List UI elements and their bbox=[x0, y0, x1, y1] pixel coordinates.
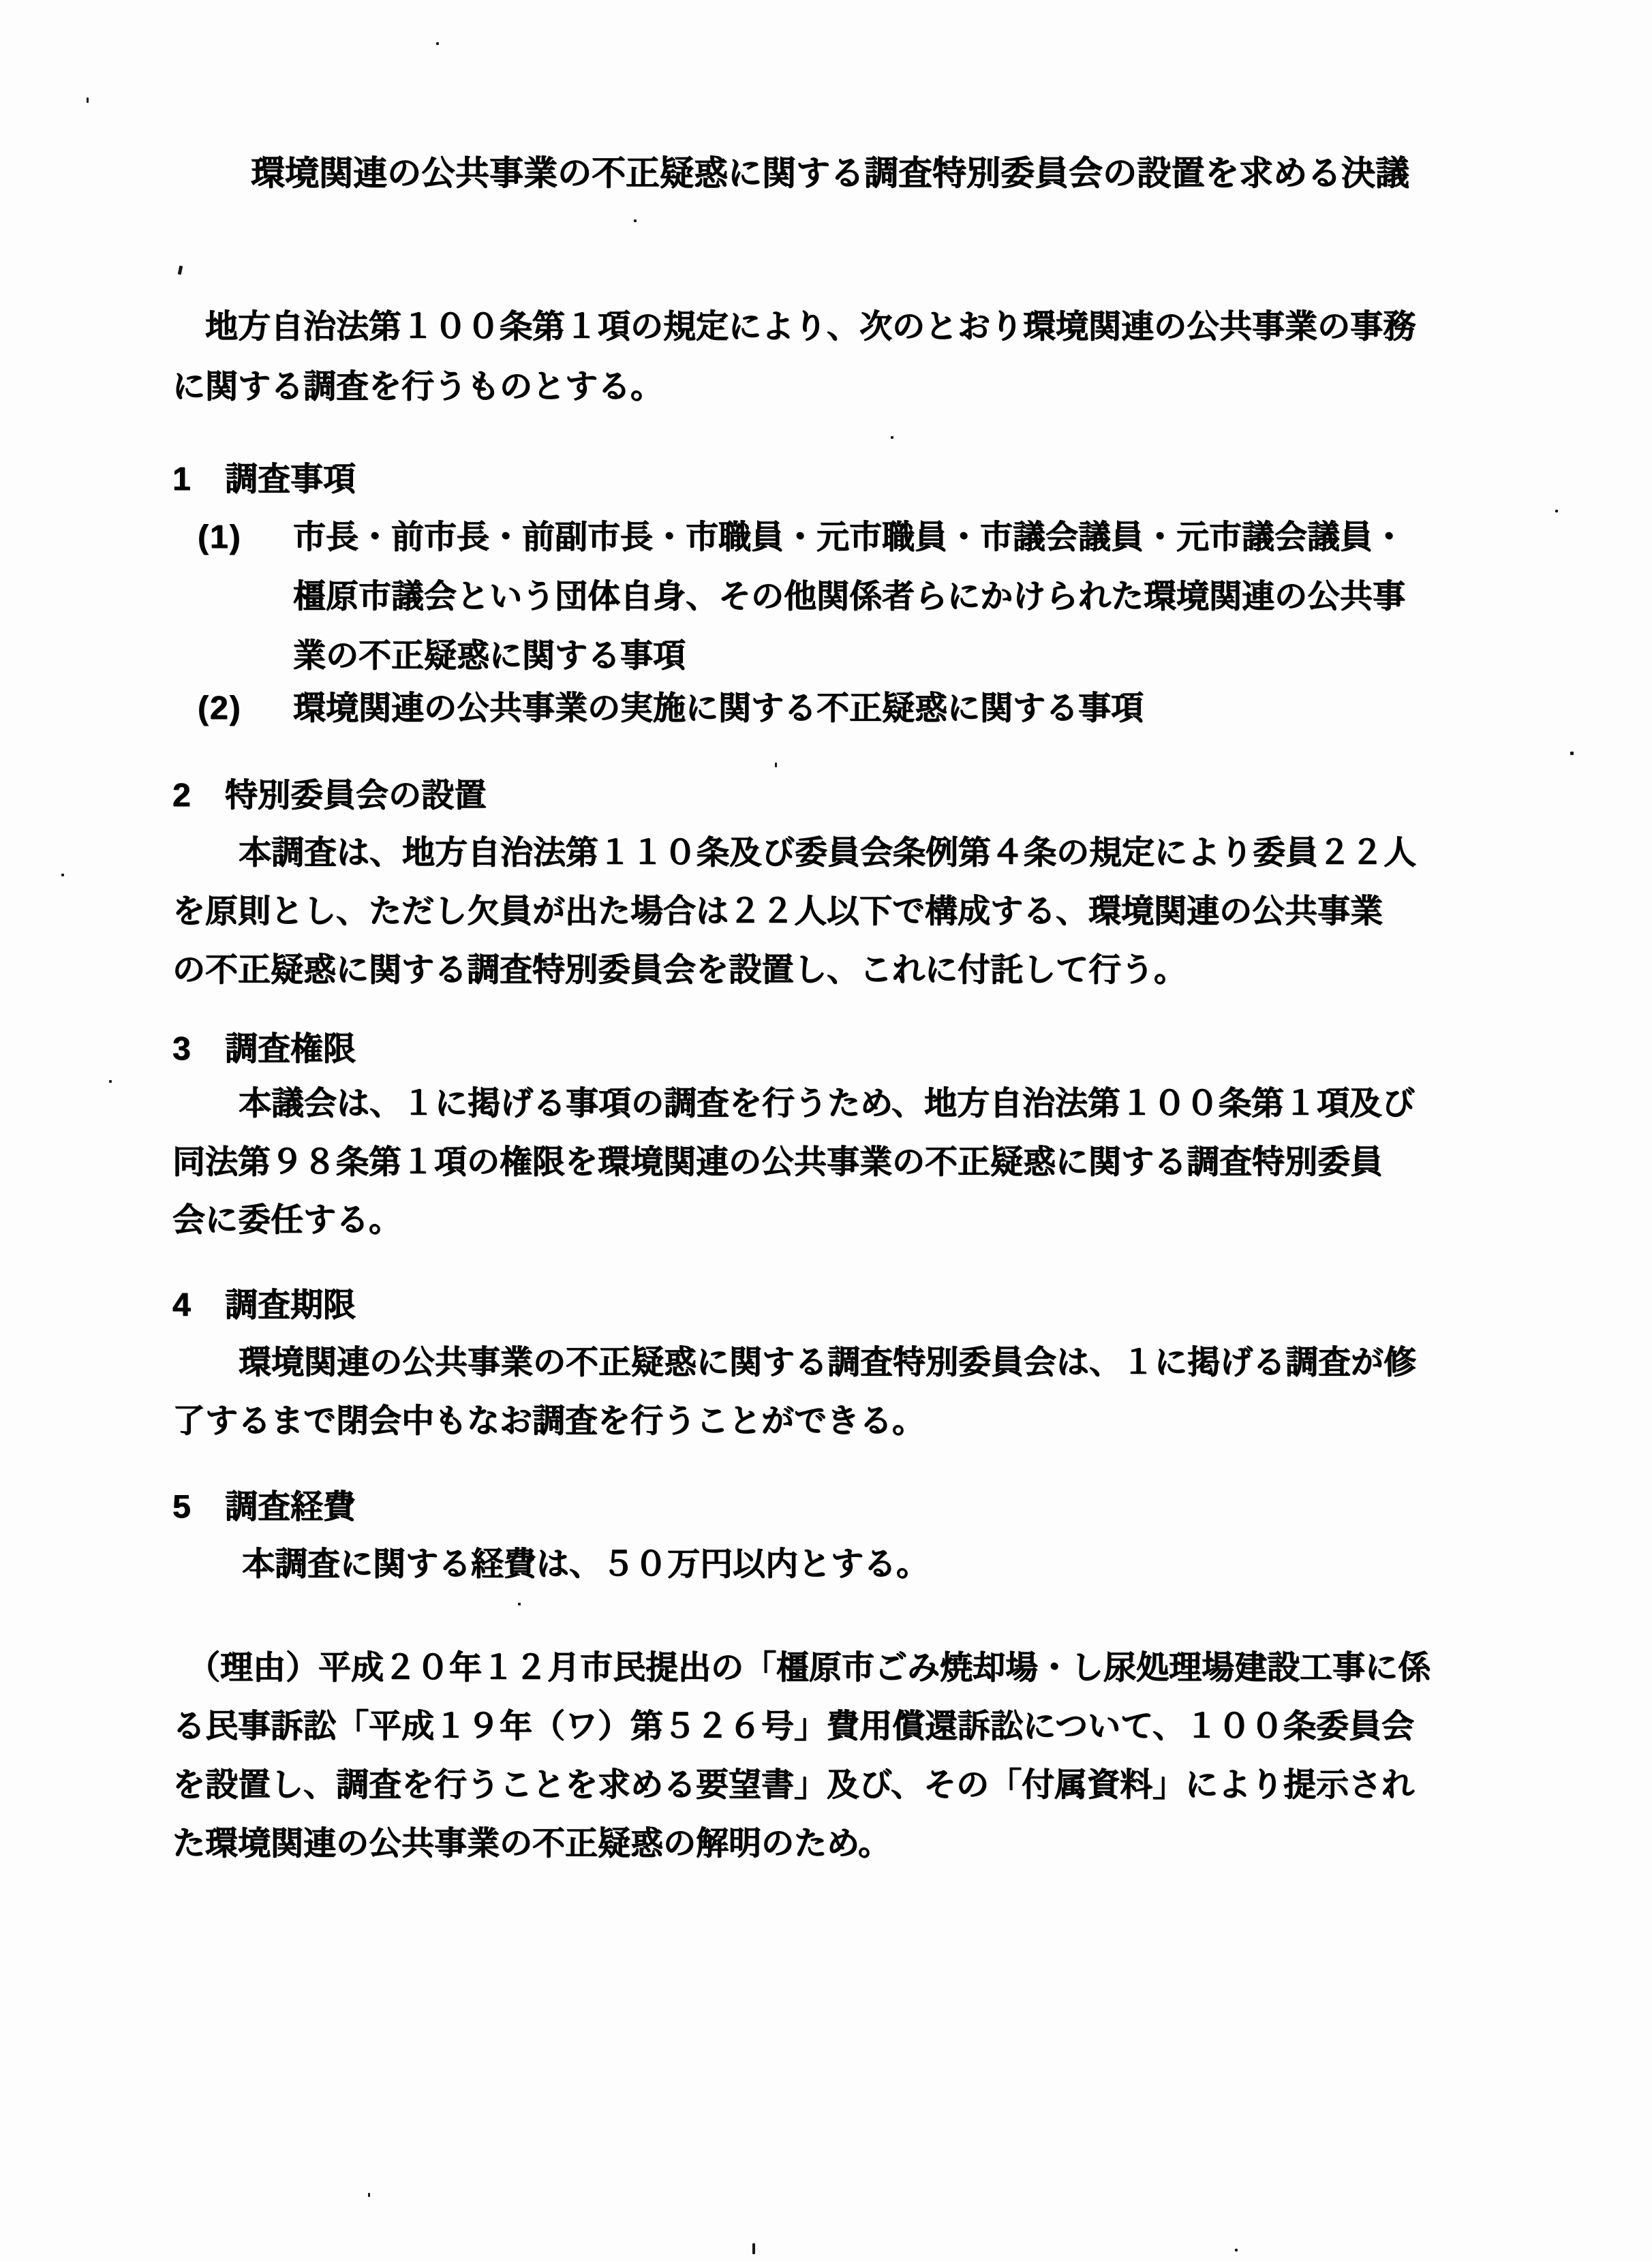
section-3-body-line-3: 会に委任する。 bbox=[172, 1201, 401, 1239]
item-1-line-3: 業の不正疑惑に関する事項 bbox=[293, 637, 686, 675]
scan-speck bbox=[61, 874, 64, 876]
section-4-number: 4 bbox=[172, 1287, 191, 1324]
section-3-heading: 調査権限 bbox=[225, 1030, 356, 1068]
scan-speck bbox=[436, 42, 439, 45]
scan-speck bbox=[178, 266, 183, 275]
item-1-line-1: 市長・前市長・前副市長・市職員・元市職員・市議会議員・元市議会議員・ bbox=[293, 519, 1405, 556]
reason-line-1: （理由）平成２０年１２月市民提出の「橿原市ごみ焼却場・し尿処理場建設工事に係 bbox=[187, 1649, 1431, 1687]
section-3-number: 3 bbox=[172, 1030, 191, 1068]
scan-speck bbox=[518, 1603, 521, 1605]
reason-line-4: た環境関連の公共事業の不正疑惑の解明のため。 bbox=[172, 1825, 891, 1862]
scan-speck bbox=[752, 2243, 755, 2254]
scan-speck bbox=[775, 763, 777, 767]
scan-speck bbox=[1555, 510, 1558, 512]
section-3-body-line-2: 同法第９８条第１項の権限を環境関連の公共事業の不正疑惑に関する調査特別委員 bbox=[172, 1143, 1383, 1181]
section-5-heading: 調査経費 bbox=[225, 1488, 356, 1526]
intro-line-1: 地方自治法第１００条第１項の規定により、次のとおり環境関連の公共事業の事務 bbox=[205, 308, 1416, 345]
section-5-number: 5 bbox=[172, 1488, 191, 1526]
section-3-body-line-1: 本議会は、１に掲げる事項の調査を行うため、地方自治法第１００条第１項及び bbox=[239, 1085, 1415, 1122]
scan-speck bbox=[87, 97, 89, 103]
section-5-body-line-1: 本調査に関する経費は、５０万円以内とする。 bbox=[242, 1545, 929, 1583]
section-2-body-line-2: を原則とし、ただし欠員が出た場合は２２人以下で構成する、環境関連の公共事業 bbox=[172, 893, 1383, 930]
section-2-number: 2 bbox=[172, 777, 191, 814]
section-4-body-line-1: 環境関連の公共事業の不正疑惑に関する調査特別委員会は、１に掲げる調査が修 bbox=[239, 1344, 1416, 1381]
scan-speck bbox=[109, 1080, 112, 1083]
section-2-body-line-3: の不正疑惑に関する調査特別委員会を設置し、これに付託して行う。 bbox=[172, 951, 1187, 989]
document-title: 環境関連の公共事業の不正疑惑に関する調査特別委員会の設置を求める決議 bbox=[251, 154, 1409, 194]
scan-speck bbox=[1235, 2249, 1238, 2251]
section-2-body-line-1: 本調査は、地方自治法第１１０条及び委員会条例第４条の規定により委員２２人 bbox=[239, 834, 1416, 872]
section-2-heading: 特別委員会の設置 bbox=[225, 777, 487, 814]
scan-speck bbox=[891, 436, 893, 439]
item-2-marker: (2) bbox=[198, 690, 242, 727]
scan-speck bbox=[1570, 752, 1574, 755]
scan-speck bbox=[634, 219, 637, 222]
item-1-line-2: 橿原市議会という団体自身、その他関係者らにかけられた環境関連の公共事 bbox=[293, 578, 1405, 615]
reason-line-3: を設置し、調査を行うことを求める要望書」及び、その「付属資料」により提示され bbox=[172, 1766, 1414, 1804]
intro-line-2: に関する調査を行うものとする。 bbox=[172, 368, 663, 405]
reason-line-2: る民事訴訟「平成１９年（ワ）第５２６号」費用償還訴訟について、１００条委員会 bbox=[172, 1708, 1414, 1745]
section-1-heading: 調査事項 bbox=[225, 461, 356, 498]
scanned-document-page: 環境関連の公共事業の不正疑惑に関する調査特別委員会の設置を求める決議 地方自治法… bbox=[0, 0, 1652, 2261]
section-1-number: 1 bbox=[172, 461, 191, 498]
section-4-heading: 調査期限 bbox=[225, 1287, 356, 1324]
item-1-marker: (1) bbox=[198, 519, 242, 556]
section-4-body-line-2: 了するまで閉会中もなお調査を行うことができる。 bbox=[172, 1402, 925, 1440]
scan-speck bbox=[368, 2193, 370, 2197]
item-2-line-1: 環境関連の公共事業の実施に関する不正疑惑に関する事項 bbox=[293, 690, 1144, 727]
